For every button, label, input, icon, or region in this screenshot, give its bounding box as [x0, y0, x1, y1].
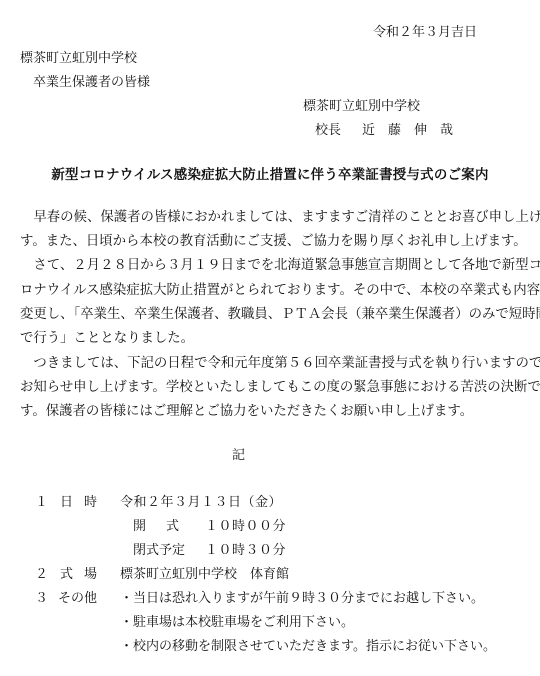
document-date: 令和２年３月吉日	[373, 25, 477, 41]
sender-name: 近 藤 伸 哉	[362, 123, 453, 139]
note-item: ・校内の移動を制限させていただきます。指示にお従い下さい。	[120, 639, 496, 655]
item-label: 時	[84, 495, 97, 511]
note-item: ・当日は恐れ入りますが午前９時３０分までにお越し下さい。	[120, 591, 484, 607]
item-number: ２	[35, 567, 48, 583]
item-label: 式	[60, 567, 73, 583]
body-line: す。保護者の皆様にはご理解とご協力をいただきたくお願い申し上げます。	[20, 404, 519, 420]
ki-heading: 記	[232, 448, 245, 464]
item-number: １	[35, 495, 48, 511]
item-number: ３	[35, 591, 48, 607]
item-label: その他	[58, 591, 97, 607]
body-line: す。また、日頃から本校の教育活動にご支援、ご協力を賜り厚くお礼申し上げます。	[20, 234, 519, 250]
open-label: 開	[133, 519, 146, 535]
body-line: ロナウイルス感染症拡大防止措置がとられております。その中で、本校の卒業式も内容を	[20, 283, 519, 299]
body-line: 早春の候、保護者の皆様におかれましては、ますますご清祥のこととお喜び申し上げま	[20, 210, 519, 226]
item-label: 場	[84, 567, 97, 583]
recipient-school: 標茶町立虹別中学校	[20, 51, 137, 67]
close-label: 閉式予定	[133, 543, 185, 559]
sender-title: 校長	[315, 123, 341, 139]
close-time: １０時３０分	[205, 543, 286, 559]
body-line: つきましては、下記の日程で令和元年度第５６回卒業証書授与式を執り行いますので	[20, 356, 519, 372]
document-title: 新型コロナウイルス感染症拡大防止措置に伴う卒業証書授与式のご案内	[0, 168, 540, 184]
open-time: １０時００分	[205, 519, 286, 535]
sender-school: 標茶町立虹別中学校	[303, 99, 420, 115]
body-line: 変更し、「卒業生、卒業生保護者、教職員、ＰＴＡ会長（兼卒業生保護者）のみで短時間	[20, 307, 519, 323]
ceremony-date: 令和２年３月１３日（金）	[120, 495, 282, 511]
open-label: 式	[166, 519, 179, 535]
venue: 標茶町立虹別中学校 体育館	[120, 567, 289, 583]
item-label: 日	[60, 495, 73, 511]
note-item: ・駐車場は本校駐車場をご利用下さい。	[120, 615, 354, 631]
recipient: 卒業生保護者の皆様	[33, 75, 150, 91]
body-line: で行う」こととなりました。	[20, 331, 519, 347]
body-line: お知らせ申し上げます。学校といたしましてもこの度の緊急事態における苦渋の決断で	[20, 380, 519, 396]
body-line: さて、２月２８日から３月１９日までを北海道緊急事態宣言期間として各地で新型コ	[20, 258, 519, 274]
